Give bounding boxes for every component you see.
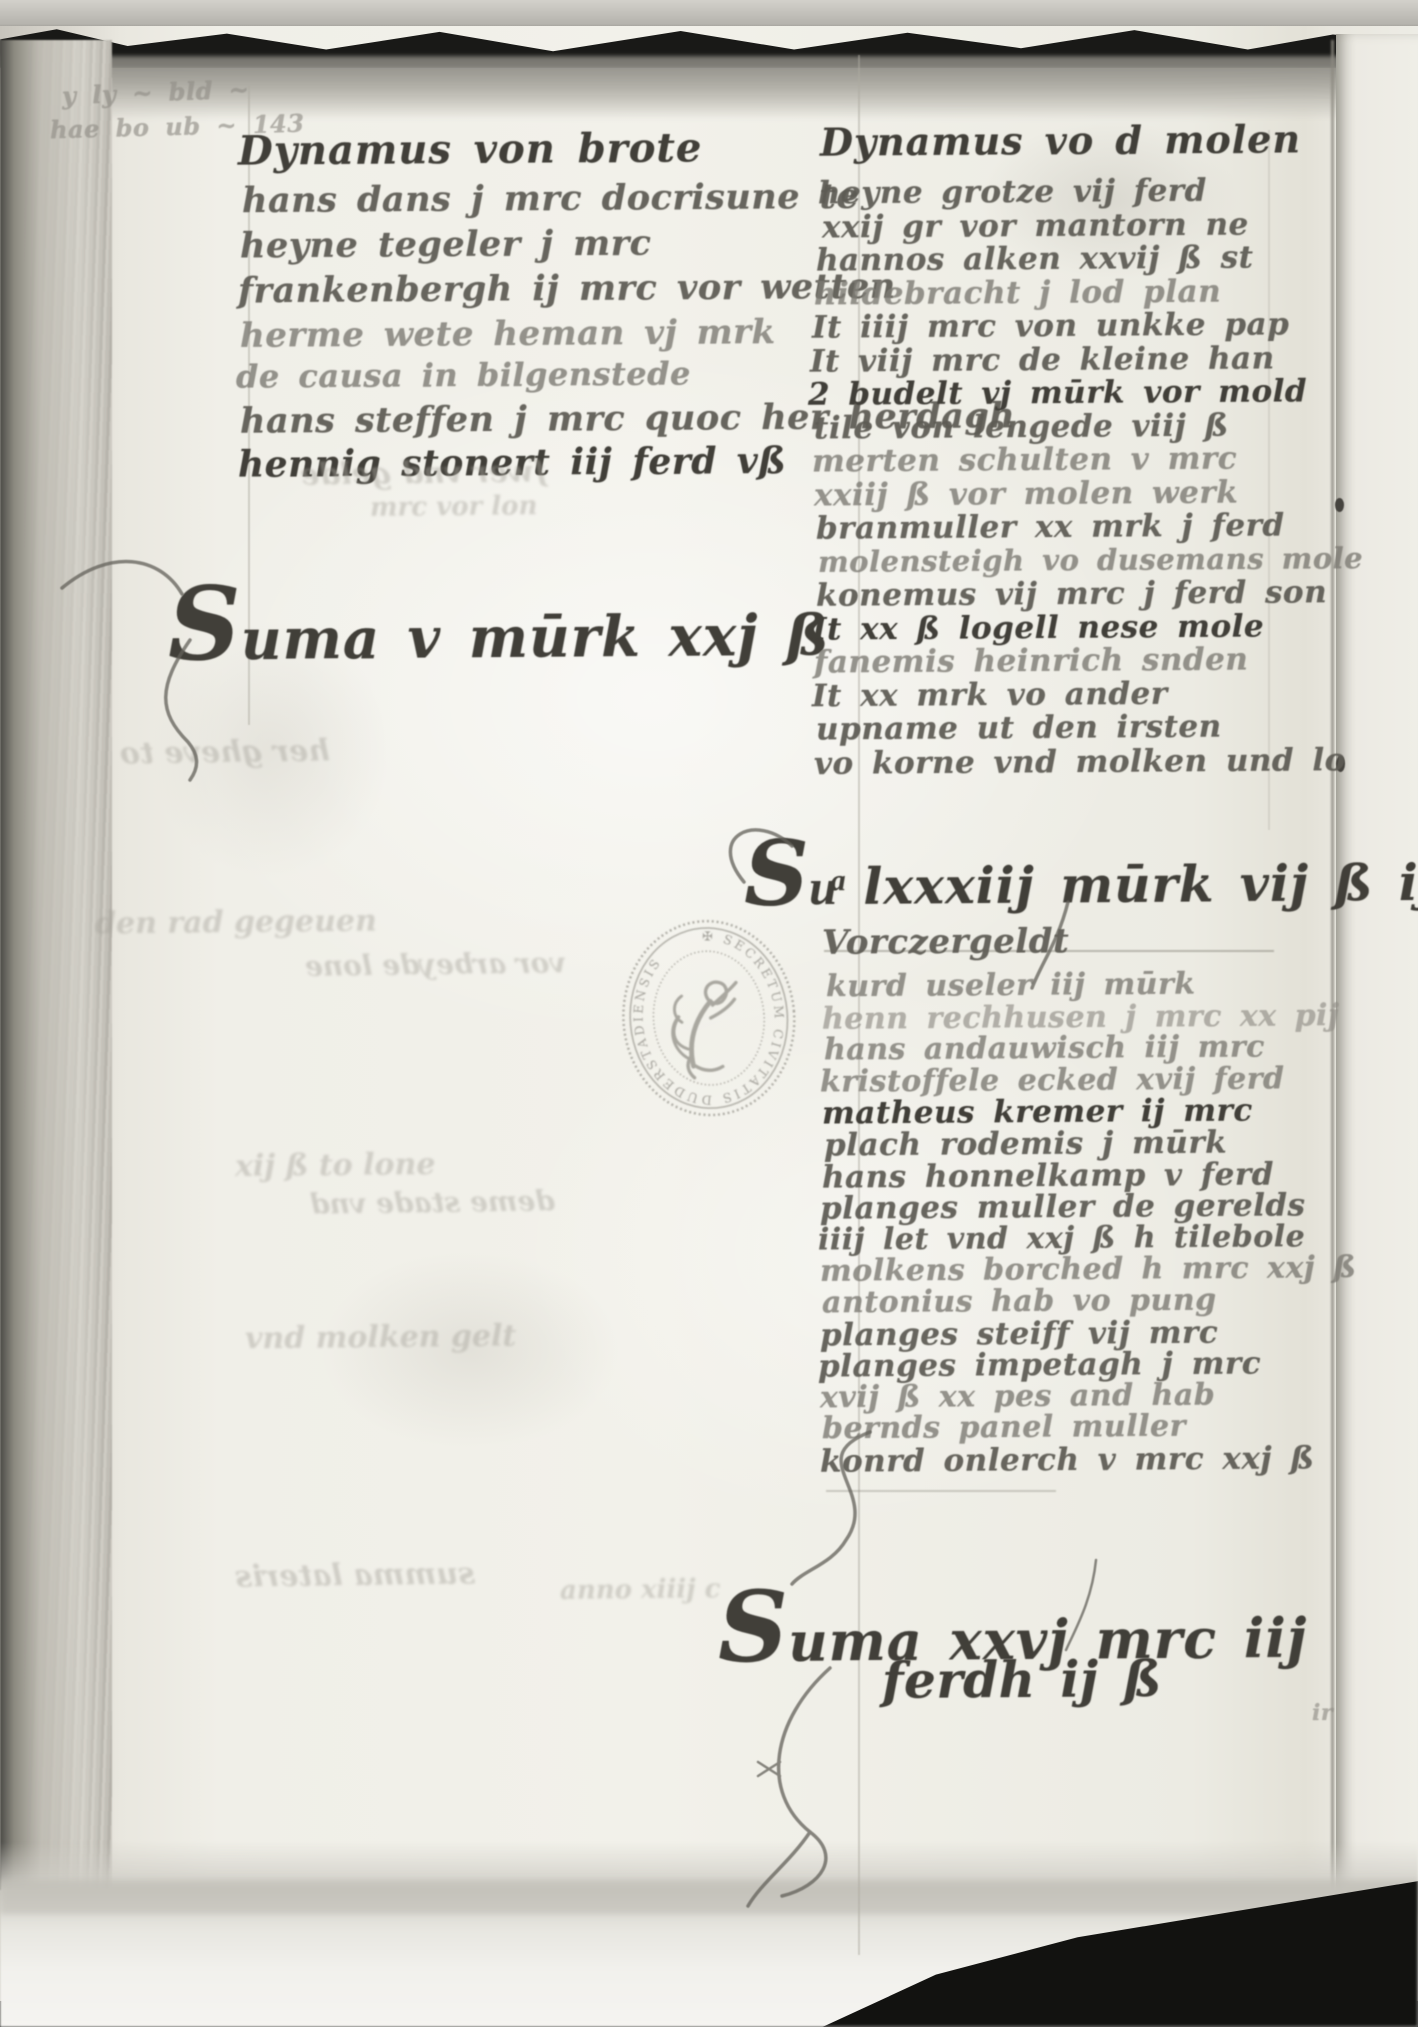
bleedthrough-line: anno xiiij c [560, 1574, 721, 1606]
page-mark: ir [1312, 1700, 1333, 1726]
manuscript-line: merten schulten v mrc [812, 441, 1237, 480]
ink-spot [1335, 498, 1344, 512]
manuscript-scan: y ly ~ bld ~ hae bo ub ~ 143 Dynamus von… [0, 0, 1418, 2027]
section-heading: Vorczergeldt [822, 921, 1069, 963]
bleedthrough-line: summa lateris [235, 1556, 475, 1594]
bleedthrough-line: vnd molken gelt [245, 1319, 517, 1357]
entry-underline [826, 1490, 1056, 1492]
margin-rule-right [1268, 130, 1270, 830]
grand-total-line2: ferdh ij ß [882, 1649, 1162, 1710]
manuscript-line: heyne grotze vij ferd [818, 173, 1207, 212]
bleedthrough-line: her gheve to [120, 734, 330, 772]
page-crease [1331, 40, 1334, 1895]
bleedthrough-line: ſwer vnd gelde [300, 454, 547, 492]
manuscript-line: heyne tegeler j mrc [240, 223, 652, 267]
manuscript-line: hannos alken xxvij ß st [816, 239, 1254, 278]
manuscript-line: molensteigh vo dusemans mole [818, 541, 1363, 579]
facing-page-edge [1336, 34, 1418, 1894]
manuscript-line: vo korne vnd molken und lo [814, 742, 1346, 782]
manuscript-line: fanemis heinrich snden [814, 641, 1249, 680]
summa-right: Suͣ lxxxiij mūrk vij ß ij g [744, 815, 1418, 926]
bottom-shadow-band [0, 1880, 1418, 1914]
entry-heading-left: Dynamus von brote [238, 124, 703, 174]
manuscript-line: 2 budelt vj mūrk vor mold [808, 373, 1307, 412]
bleedthrough-line: deme stade vnd [310, 1184, 555, 1220]
manuscript-line: herme wete heman vj mrk [240, 312, 776, 356]
manuscript-line: hans dans j mrc docrisune te [242, 176, 859, 221]
manuscript-line: upname ut den irsten [816, 709, 1222, 748]
manuscript-line: de causa in bilgenstede [236, 354, 691, 395]
binding-gutter [0, 40, 112, 1890]
manuscript-line: branmuller xx mrk j ferd [816, 507, 1285, 546]
bleedthrough-line: xij ß to lone [235, 1147, 436, 1184]
bleedthrough-line: vor arbeyde lone [305, 946, 566, 983]
manuscript-line: konrd onlerch v mrc xxj ß [820, 1440, 1315, 1479]
entry-heading-right: Dynamus vo d molen [820, 116, 1301, 164]
manuscript-line: It iiij mrc von unkke pap [812, 306, 1290, 345]
manuscript-line: frankenbergh ij mrc vor wetten [238, 266, 896, 312]
summa-left: Suma v mūrk xxj ß [168, 560, 830, 684]
bleedthrough-line: den rad gegeuen [95, 904, 377, 942]
bleedthrough-line: mrc vor lon [370, 491, 538, 523]
